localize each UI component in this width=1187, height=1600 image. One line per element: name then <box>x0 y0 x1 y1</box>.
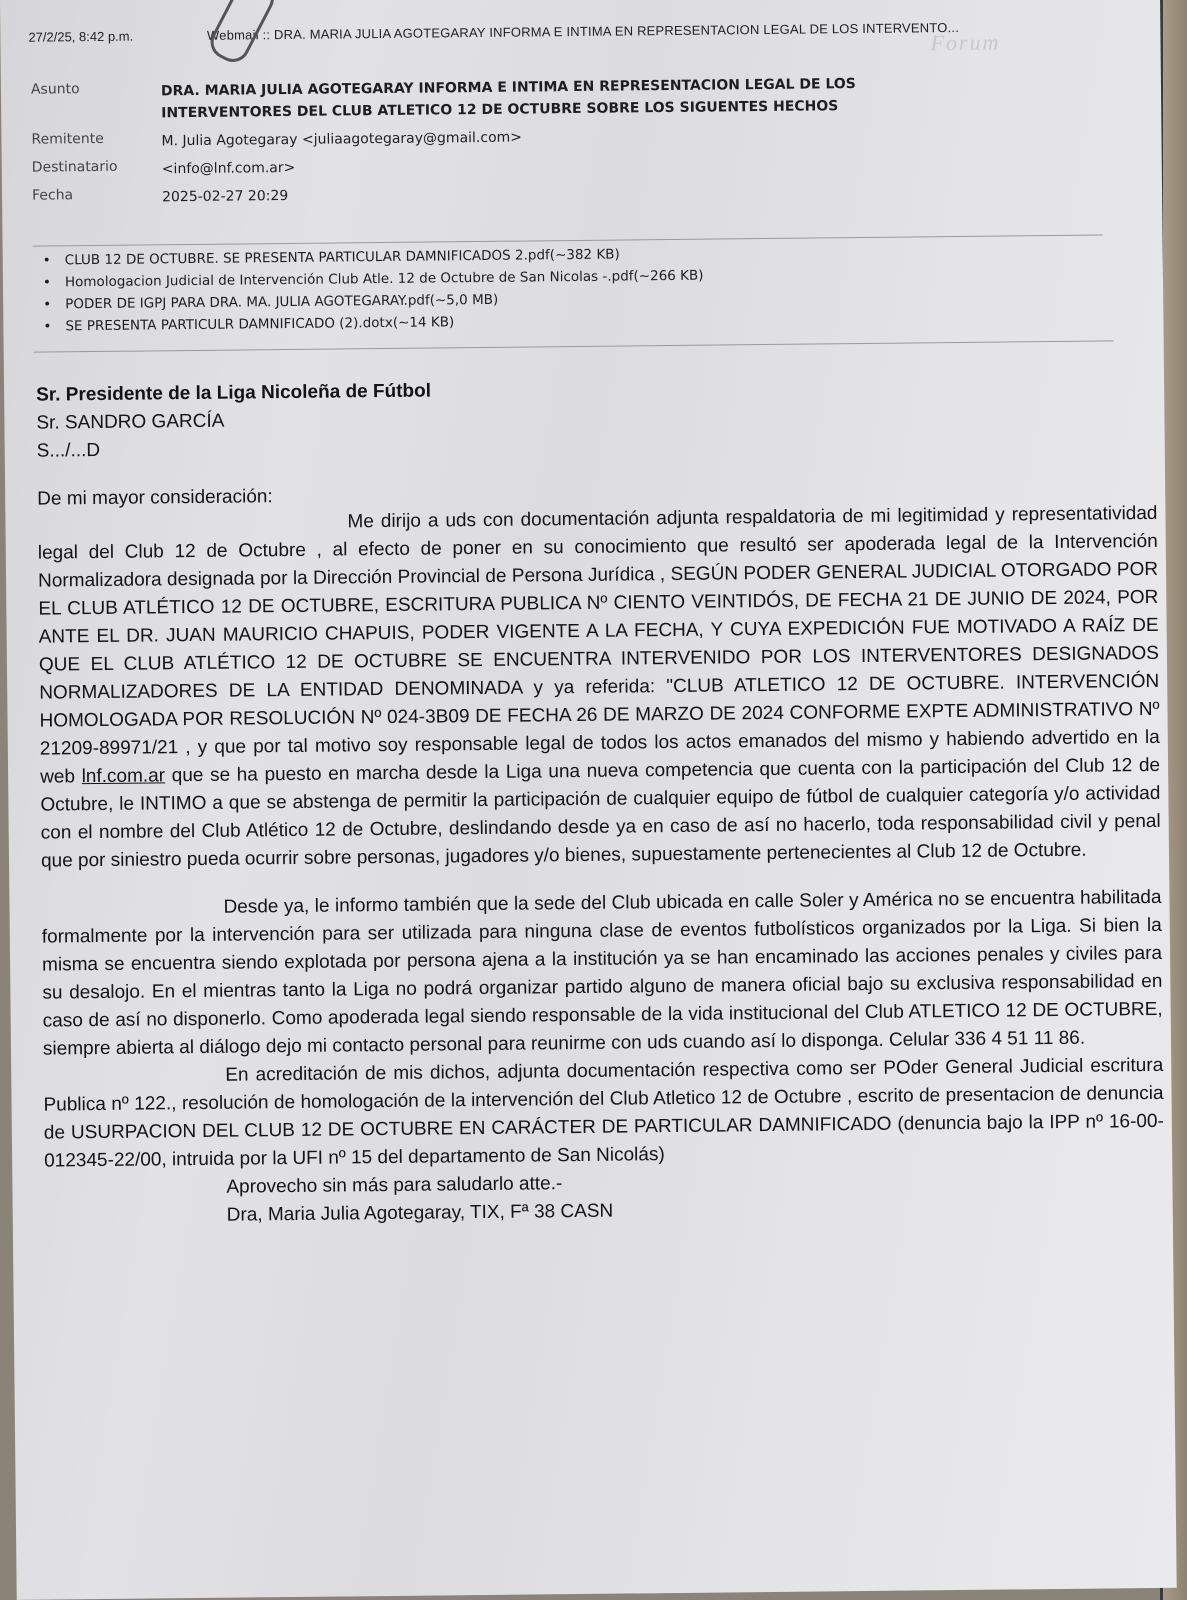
print-page-title: Webmail :: DRA. MARIA JULIA AGOTEGARAY I… <box>207 20 959 43</box>
divider <box>34 340 1114 352</box>
attachment-name: CLUB 12 DE OCTUBRE. SE PRESENTA PARTICUL… <box>65 247 550 268</box>
paragraph-2: Desde ya, le informo también que la sede… <box>41 884 1163 1064</box>
paragraph-1-text-b: que se ha puesto en marcha desde la Liga… <box>40 755 1160 872</box>
attachment-size: (~266 KB) <box>633 268 703 285</box>
attachment-size: (~382 KB) <box>550 247 620 264</box>
paragraph-1: Me dirijo a uds con documentación adjunt… <box>37 500 1161 876</box>
paragraph-3-text: En acreditación de mis dichos, adjunta d… <box>43 1055 1163 1172</box>
attachment-list: CLUB 12 DE OCTUBRE. SE PRESENTA PARTICUL… <box>65 243 704 338</box>
watermark: Forum <box>930 30 1000 57</box>
sender-label: Remitente <box>31 130 161 153</box>
print-datetime: 27/2/25, 8:42 p.m. <box>28 28 203 45</box>
email-metadata: Asunto DRA. MARIA JULIA AGOTEGARAY INFOR… <box>31 73 882 216</box>
subject-row: Asunto DRA. MARIA JULIA AGOTEGARAY INFOR… <box>31 73 881 126</box>
attachment-name: Homologacion Judicial de Intervención Cl… <box>65 268 634 290</box>
sender-value: M. Julia Agotegaray <juliaagotegaray@gma… <box>161 123 881 153</box>
recipient-row: Destinatario <info@lnf.com.ar> <box>32 151 882 182</box>
letter-body: Sr. Presidente de la Liga Nicoleña de Fú… <box>36 370 1165 1232</box>
subject-value: DRA. MARIA JULIA AGOTEGARAY INFORMA E IN… <box>161 73 881 125</box>
paragraph-3: En acreditación de mis dichos, adjunta d… <box>43 1052 1164 1176</box>
attachment-name: PODER DE IGPJ PARA DRA. MA. JULIA AGOTEG… <box>65 293 430 313</box>
date-row: Fecha 2025-02-27 20:29 <box>32 179 882 210</box>
subject-label: Asunto <box>31 80 161 125</box>
website-link[interactable]: lnf.com.ar <box>82 765 166 787</box>
print-header: 27/2/25, 8:42 p.m. Webmail :: DRA. MARIA… <box>28 20 959 45</box>
attachment-name: SE PRESENTA PARTICULR DAMNIFICADO (2).do… <box>65 315 393 334</box>
date-label: Fecha <box>32 186 162 209</box>
attachment-size: (~5,0 MB) <box>430 292 499 309</box>
recipient-label: Destinatario <box>32 158 162 181</box>
sender-row: Remitente M. Julia Agotegaray <juliaagot… <box>31 123 881 154</box>
attachment-size: (~14 KB) <box>393 314 455 331</box>
paragraph-1-text-a: Me dirijo a uds con documentación adjunt… <box>38 503 1160 788</box>
recipient-value: <info@lnf.com.ar> <box>162 151 882 181</box>
printed-email-page: 27/2/25, 8:42 p.m. Webmail :: DRA. MARIA… <box>0 0 1177 1600</box>
paragraph-2-text: Desde ya, le informo también que la sede… <box>42 887 1163 1060</box>
date-value: 2025-02-27 20:29 <box>162 179 882 209</box>
